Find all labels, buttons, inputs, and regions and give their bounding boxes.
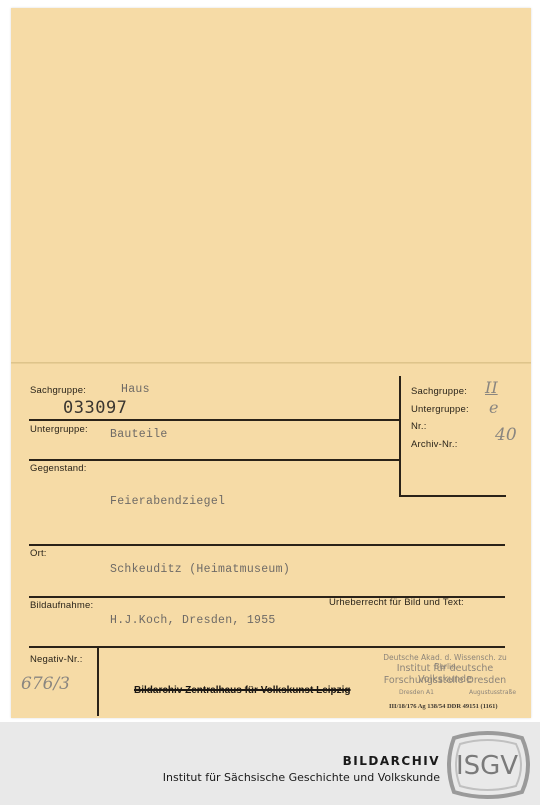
divider-line	[29, 459, 400, 461]
right-sachgruppe-value-handwritten: II	[485, 378, 498, 397]
gegenstand-label: Gegenstand:	[30, 463, 87, 474]
right-untergruppe-label: Untergruppe:	[411, 404, 469, 415]
imprint-line-4-left: Dresden A1	[399, 689, 434, 696]
isgv-logo-icon: ISGV	[442, 730, 532, 800]
ort-value: Schkeuditz (Heimatmuseum)	[110, 563, 290, 576]
archive-card: Sachgruppe: Haus 033097 Untergruppe: Bau…	[11, 8, 531, 718]
footer-title: BILDARCHIV	[343, 754, 440, 768]
stamp-number: 033097	[63, 398, 127, 418]
divider-line	[29, 544, 505, 546]
urheberrecht-label: Urheberrecht für Bild und Text:	[329, 597, 464, 608]
negativ-divider	[97, 646, 99, 716]
untergruppe-value: Bauteile	[110, 428, 168, 441]
print-code: III/18/176 Ag 138/54 DDR 49151 (1161)	[389, 703, 498, 710]
gegenstand-value: Feierabendziegel	[110, 495, 225, 508]
right-archiv-nr-value-handwritten: 40	[495, 425, 517, 445]
right-archiv-nr-label: Archiv-Nr.:	[411, 439, 458, 450]
imprint-line-4-right: Augustusstraße	[469, 689, 516, 696]
right-sachgruppe-label: Sachgruppe:	[411, 386, 467, 397]
footer-subtitle: Institut für Sächsische Geschichte und V…	[163, 771, 440, 784]
struck-institution-text: Bildarchiv Zentralhaus für Volkskunst Le…	[134, 685, 351, 696]
right-box-left-border	[399, 376, 401, 496]
card-fold-line	[11, 362, 531, 364]
untergruppe-label: Untergruppe:	[30, 424, 88, 435]
right-untergruppe-value-handwritten: e	[489, 398, 498, 417]
imprint-line-3: Forschungsstelle Dresden	[375, 675, 515, 686]
sachgruppe-value: Haus	[121, 383, 150, 396]
right-nr-label: Nr.:	[411, 421, 427, 432]
bildaufnahme-value: H.J.Koch, Dresden, 1955	[110, 614, 276, 627]
divider-line	[29, 646, 505, 648]
divider-line	[29, 419, 400, 421]
right-box-bottom-border	[399, 495, 506, 497]
negativ-value-handwritten: 676/3	[21, 674, 70, 694]
ort-label: Ort:	[30, 548, 47, 559]
sachgruppe-label: Sachgruppe:	[30, 385, 86, 396]
negativ-label: Negativ-Nr.:	[30, 654, 83, 665]
logo-text: ISGV	[456, 751, 518, 781]
bildaufnahme-label: Bildaufnahme:	[30, 600, 93, 611]
